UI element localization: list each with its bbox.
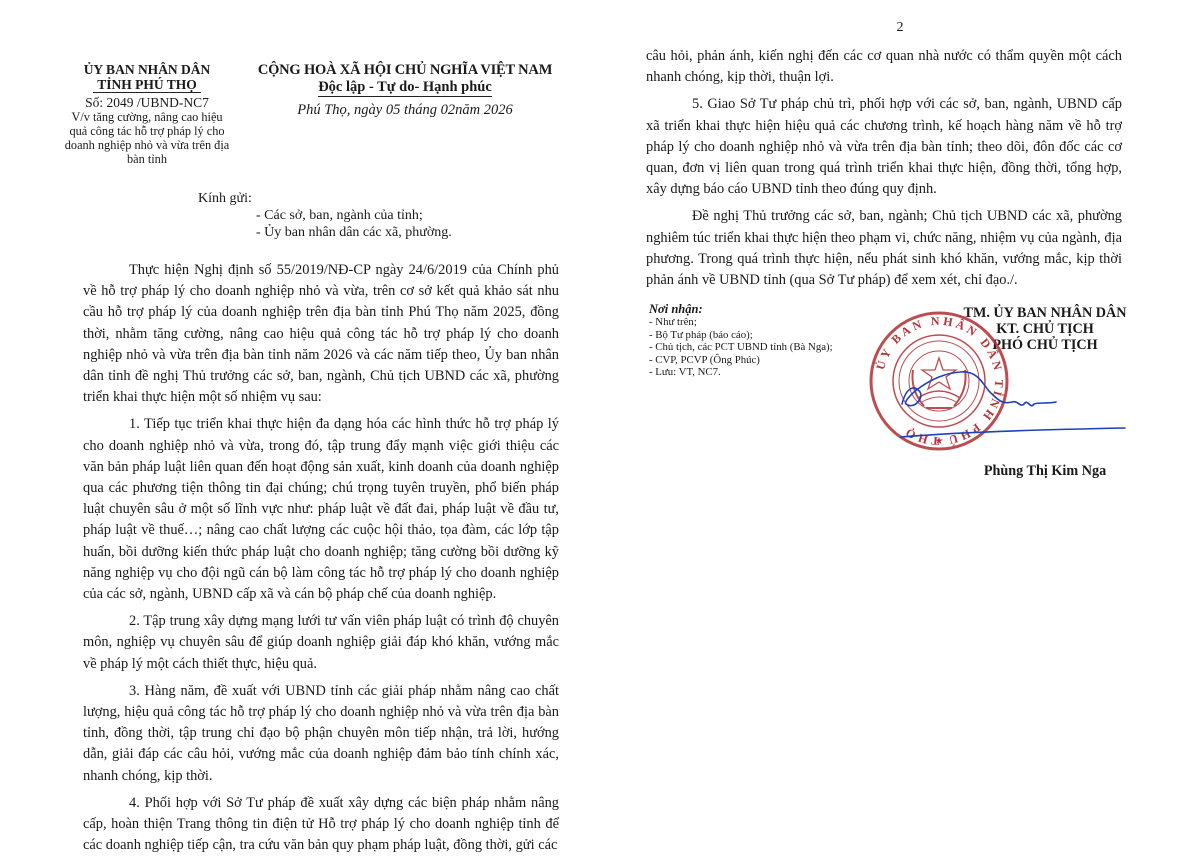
recipient-item: - Các sở, ban, ngành của tỉnh; (198, 207, 452, 224)
closing-paragraph: Đề nghị Thủ trưởng các sở, ban, ngành; C… (646, 206, 1122, 291)
document-body-continued: câu hỏi, phản ánh, kiến nghị đến các cơ … (646, 46, 1122, 297)
continuation-paragraph: câu hỏi, phản ánh, kiến nghị đến các cơ … (646, 46, 1122, 88)
page-number: 2 (897, 20, 904, 36)
document-page-1: ỦY BAN NHÂN DÂN TỈNH PHÚ THỌ Số: 2049 /U… (0, 0, 600, 857)
signature-block: TM. ỦY BAN NHÂN DÂN KT. CHỦ TỊCH PHÓ CHỦ… (900, 305, 1190, 480)
national-title: CỘNG HOÀ XÃ HỘI CHỦ NGHĨA VIỆT NAM (255, 62, 555, 78)
distribution-item: - Lưu: VT, NC7. (649, 366, 833, 379)
signer-name: Phùng Thị Kim Nga (900, 463, 1190, 480)
national-motto: Độc lập - Tự do- Hạnh phúc (318, 79, 492, 97)
task-paragraph-1: 1. Tiếp tục triển khai thực hiện đa dạng… (83, 414, 559, 605)
recipients-block: Kính gửi: - Các sở, ban, ngành của tỉnh;… (198, 190, 452, 241)
province-name: TỈNH PHÚ THỌ (93, 77, 201, 93)
national-header-block: CỘNG HOÀ XÃ HỘI CHỦ NGHĨA VIỆT NAM Độc l… (255, 62, 555, 120)
place-and-date: Phú Thọ, ngày 05 tháng 02năm 2026 (255, 100, 555, 120)
authority-name: ỦY BAN NHÂN DÂN (62, 62, 232, 77)
distribution-item: - Như trên; (649, 316, 833, 329)
signature-title-line1: TM. ỦY BAN NHÂN DÂN (900, 305, 1190, 321)
task-paragraph-2: 2. Tập trung xây dựng mạng lưới tư vấn v… (83, 611, 559, 675)
signature-title-line3: PHÓ CHỦ TỊCH (900, 337, 1190, 353)
signature-title-line2: KT. CHỦ TỊCH (900, 321, 1190, 337)
distribution-item: - CVP, PCVP (Ông Phúc) (649, 354, 833, 367)
recipient-item: - Ủy ban nhân dân các xã, phường. (198, 224, 452, 241)
task-paragraph-3: 3. Hàng năm, đề xuất với UBND tỉnh các g… (83, 681, 559, 787)
distribution-item: - Bộ Tư pháp (báo cáo); (649, 329, 833, 342)
document-subject: V/v tăng cường, nâng cao hiệu quả công t… (62, 110, 232, 166)
document-body: Thực hiện Nghị định số 55/2019/NĐ-CP ngà… (83, 260, 559, 857)
issuing-authority-block: ỦY BAN NHÂN DÂN TỈNH PHÚ THỌ Số: 2049 /U… (62, 62, 232, 166)
distribution-title: Nơi nhận: (649, 302, 833, 316)
distribution-list: Nơi nhận: - Như trên; - Bộ Tư pháp (báo … (649, 302, 833, 379)
document-number: Số: 2049 /UBND-NC7 (62, 95, 232, 110)
document-page-2: 2 câu hỏi, phản ánh, kiến nghị đến các c… (600, 0, 1200, 857)
task-paragraph-4: 4. Phối hợp với Sở Tư pháp đề xuất xây d… (83, 793, 559, 857)
intro-paragraph: Thực hiện Nghị định số 55/2019/NĐ-CP ngà… (83, 260, 559, 408)
recipients-label: Kính gửi: (198, 190, 452, 207)
distribution-item: - Chủ tịch, các PCT UBND tỉnh (Bà Nga); (649, 341, 833, 354)
task-paragraph-5: 5. Giao Sở Tư pháp chủ trì, phối hợp với… (646, 94, 1122, 200)
